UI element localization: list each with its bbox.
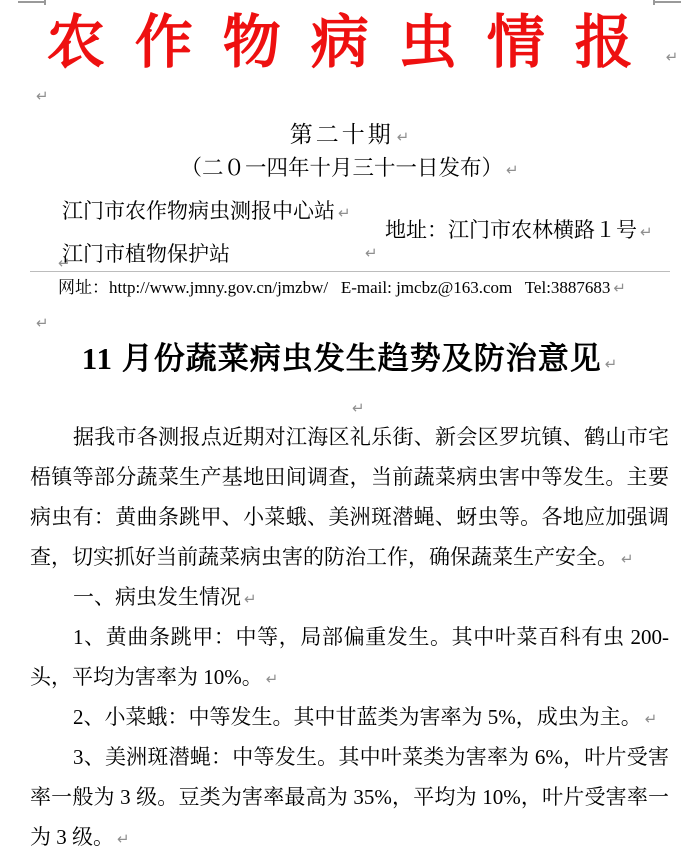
body-line: 1、黄曲条跳甲：中等，局部偏重发生。其中叶菜百科有虫 200-300 (30, 617, 669, 657)
paragraph-mark-icon: ↵ (114, 830, 130, 848)
crop-mark-top-right (653, 1, 681, 3)
document-page: 农作物病虫情报↵ ↵ 第二十期↵ （二０一四年十月三十一日发布）↵ 江门市农作物… (0, 0, 699, 857)
contact-line-text: 网址：http://www.jmny.gov.cn/jmzbw/ E-mail:… (58, 278, 610, 297)
body-line: 梧镇等部分蔬菜生产基地田间调查，当前蔬菜病虫害中等发生。主要 (30, 457, 669, 497)
body-line: 2、小菜蛾：中等发生。其中甘蓝类为害率为 5%，成虫为主。↵ (30, 697, 669, 737)
paragraph-mark-icon: ↵ (663, 48, 679, 66)
issue-number: 第二十期↵ (0, 120, 699, 152)
body-line-section-title: 一、病虫发生情况↵ (30, 577, 669, 617)
address-line: 地址：江门市农林横路１号↵ (385, 216, 653, 246)
article-heading: 11 月份蔬菜病虫发生趋势及防治意见↵ (0, 338, 699, 385)
paragraph-mark-icon: ↵ (602, 355, 618, 373)
org-name-2-text: 江门市植物保护站 (62, 242, 230, 266)
body-line: 据我市各测报点近期对江海区礼乐街、新会区罗坑镇、鹤山市宅 (30, 417, 669, 457)
body-line-text: 1、黄曲条跳甲：中等，局部偏重发生。其中叶菜百科有虫 200-300 (30, 625, 669, 657)
org-name-2: 江门市植物保护站 (62, 240, 230, 268)
paragraph-mark-icon: ↵ (637, 223, 653, 241)
masthead-title-text: 农作物病虫情报 (47, 10, 663, 75)
article-heading-text: 11 月份蔬菜病虫发生趋势及防治意见 (82, 341, 602, 376)
paragraph-mark-icon: ↵ (36, 88, 49, 104)
paragraph-mark-icon: ↵ (503, 161, 519, 179)
body-line: 查，切实抓好当前蔬菜病虫害的防治工作，确保蔬菜生产安全。↵ (30, 537, 669, 577)
release-date-text: （二０一四年十月三十一日发布） (180, 156, 503, 180)
article-body: 据我市各测报点近期对江海区礼乐街、新会区罗坑镇、鹤山市宅 梧镇等部分蔬菜生产基地… (30, 417, 669, 857)
crop-mark-top-left (18, 1, 46, 3)
masthead-divider-rule (30, 271, 670, 272)
paragraph-mark-icon: ↵ (352, 400, 365, 416)
body-line-text: 率一般为 3 级。豆类为害率最高为 35%，平均为 10%，叶片受害率一般 (30, 785, 669, 817)
paragraph-mark-icon: ↵ (36, 315, 49, 331)
paragraph-mark-icon: ↵ (610, 279, 626, 297)
paragraph-mark-icon: ↵ (394, 128, 410, 146)
body-line-text: 3、美洲斑潜蝇：中等发生。其中叶菜类为害率为 6%，叶片受害 (73, 745, 669, 769)
paragraph-mark-icon: ↵ (642, 710, 658, 728)
body-line-text: 为 3 级。 (30, 825, 114, 849)
body-line: 为 3 级。↵ (30, 817, 669, 857)
org-name-1-text: 江门市农作物病虫测报中心站 (62, 199, 335, 223)
org-name-1: 江门市农作物病虫测报中心站↵ (62, 197, 351, 227)
paragraph-mark-icon: ↵ (365, 245, 378, 261)
body-line: 病虫有：黄曲条跳甲、小菜蛾、美洲斑潜蝇、蚜虫等。各地应加强调 (30, 497, 669, 537)
paragraph-mark-icon: ↵ (335, 204, 351, 222)
paragraph-mark-icon: ↵ (263, 670, 279, 688)
issue-number-text: 第二十期 (290, 122, 394, 147)
body-line-text: 头，平均为害率为 10%。 (30, 665, 263, 689)
body-line-text: 2、小菜蛾：中等发生。其中甘蓝类为害率为 5%，成虫为主。 (73, 705, 642, 729)
paragraph-mark-icon: ↵ (58, 255, 71, 271)
body-line-text: 查，切实抓好当前蔬菜病虫害的防治工作，确保蔬菜生产安全。 (30, 545, 618, 569)
release-date: （二０一四年十月三十一日发布）↵ (0, 153, 699, 185)
paragraph-mark-icon: ↵ (618, 550, 634, 568)
contact-line: 网址：http://www.jmny.gov.cn/jmzbw/ E-mail:… (58, 276, 626, 300)
body-line-text: 据我市各测报点近期对江海区礼乐街、新会区罗坑镇、鹤山市宅 (73, 425, 669, 449)
body-line: 头，平均为害率为 10%。↵ (30, 657, 669, 697)
body-line-text: 病虫有：黄曲条跳甲、小菜蛾、美洲斑潜蝇、蚜虫等。各地应加强调 (30, 505, 669, 529)
body-line: 率一般为 3 级。豆类为害率最高为 35%，平均为 10%，叶片受害率一般 (30, 777, 669, 817)
body-line-text: 一、病虫发生情况 (73, 585, 241, 609)
body-line: 3、美洲斑潜蝇：中等发生。其中叶菜类为害率为 6%，叶片受害 (30, 737, 669, 777)
address-line-text: 地址：江门市农林横路１号 (385, 218, 637, 242)
paragraph-mark-icon: ↵ (241, 590, 257, 608)
body-line-text: 梧镇等部分蔬菜生产基地田间调查，当前蔬菜病虫害中等发生。主要 (30, 465, 669, 489)
masthead-title: 农作物病虫情报↵ (0, 4, 699, 96)
